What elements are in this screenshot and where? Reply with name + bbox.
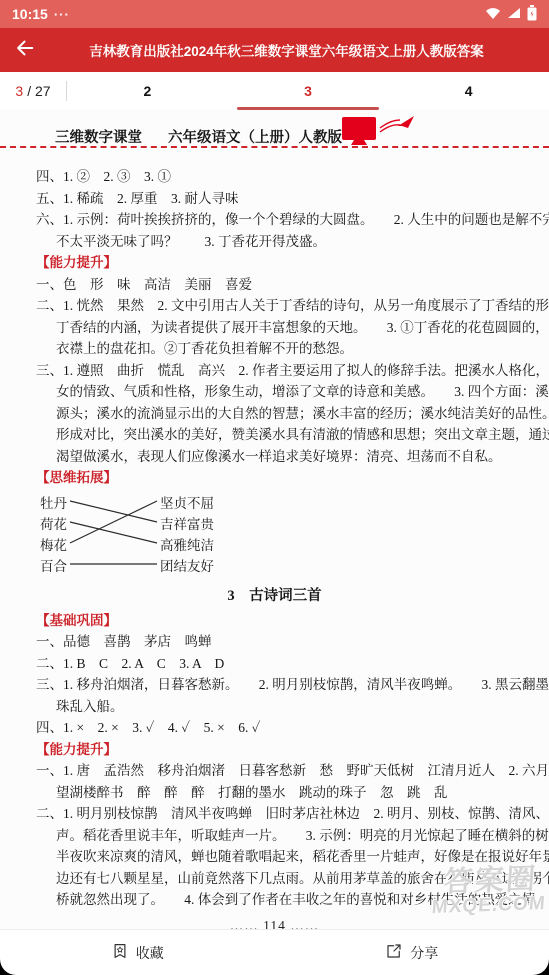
section-header: 【能力提升】 xyxy=(0,252,549,274)
answer-line: 二、1. 恍然 果然 2. 文中引用古人关于丁香结的诗句，从另一角度展示了丁香结… xyxy=(0,295,549,317)
diagram-left-label: 梅花 xyxy=(40,534,67,554)
watermark-line1: 答案圈 xyxy=(433,864,549,898)
wifi-icon xyxy=(485,6,501,22)
answer-line: 衣襟上的盘花扣。②丁香花负担着解不开的愁怨。 xyxy=(0,338,549,360)
answer-line: 源头；溪水的流淌显示出的大自然的智慧；溪水丰富的经历；溪水纯洁美好的品性。 4.… xyxy=(0,403,549,425)
diagram-right-label: 坚贞不屈 xyxy=(160,492,214,512)
tab-page-2[interactable]: 2 xyxy=(67,72,228,110)
share-label: 分享 xyxy=(410,943,438,963)
document-body: 四、1. ② 2. ③ 3. ①五、1. 稀疏 2. 厚重 3. 耐人寻味六、1… xyxy=(0,162,549,930)
answer-line: 六、1. 示例：荷叶挨挨挤挤的，像一个个碧绿的大圆盘。 2. 人生中的问题也是解… xyxy=(0,209,549,231)
answer-line: 五、1. 稀疏 2. 厚重 3. 耐人寻味 xyxy=(0,188,549,210)
device-corner-right xyxy=(533,959,549,975)
tab-page-4[interactable]: 4 xyxy=(388,72,549,110)
page-tab-bar: 3 / 27 234 xyxy=(0,72,549,111)
page-indicator: 3 / 27 xyxy=(0,72,66,110)
signal-icon xyxy=(507,6,521,22)
bookmark-star-icon xyxy=(111,942,129,963)
answer-line: 四、1. × 2. × 3. ✓ 4. ✓ 5. × 6. ✓ xyxy=(0,717,549,739)
dashed-divider xyxy=(0,146,549,148)
watermark-line2: MXQE.COM xyxy=(431,894,546,918)
answer-line: 一、1. 唐 孟浩然 移舟泊烟渚 日暮客愁新 愁 野旷天低树 江清月近人 2. … xyxy=(0,760,549,782)
bottom-bar: 收藏 分享 xyxy=(0,929,549,975)
answer-line: 珠乱入船。 xyxy=(0,696,549,718)
section-header: 【思维拓展】 xyxy=(0,467,549,489)
current-page: 3 xyxy=(15,83,23,99)
document-header: 三维数字课堂 六年级语文（上册）人教版 xyxy=(0,110,549,162)
device-corner-left xyxy=(0,959,16,975)
answer-line: 女的情致、气质和性格，形象生动，增添了文章的诗意和美感。 3. 四个方面：溪水无… xyxy=(0,381,549,403)
document-edition: 六年级语文（上册）人教版 xyxy=(168,126,342,147)
answer-line: 二、1. 明月别枝惊鹊 清风半夜鸣蝉 旧时茅店社林边 2. 明月、别枝、惊鹊、清… xyxy=(0,803,549,825)
matching-diagram: 牡丹荷花梅花百合坚贞不屈吉祥富贵高雅纯洁团结友好 xyxy=(40,492,549,580)
favorite-button[interactable]: 收藏 xyxy=(0,930,275,975)
diagram-right-label: 团结友好 xyxy=(160,555,214,575)
document-brand: 三维数字课堂 xyxy=(55,126,142,147)
lesson-title: 3 古诗词三首 xyxy=(0,583,549,610)
tab-page-3[interactable]: 3 xyxy=(228,72,389,110)
back-arrow-icon xyxy=(14,37,36,64)
share-button[interactable]: 分享 xyxy=(275,930,549,975)
answer-line: 一、品德 喜鹊 茅店 鸣蝉 xyxy=(0,631,549,653)
diagram-right-label: 吉祥富贵 xyxy=(160,513,214,533)
share-icon xyxy=(385,942,403,963)
app-screen: 10:15 ··· xyxy=(0,0,549,975)
answer-line: 二、1. B C 2. A C 3. A D xyxy=(0,653,549,675)
answer-line: 渴望做溪水，表现人们应像溪水一样追求美好境界：清亮、坦荡而不自私。 xyxy=(0,446,549,468)
answer-line: 三、1. 遵照 曲折 慌乱 高兴 2. 作者主要运用了拟人的修辞手法。把溪水人格… xyxy=(0,360,549,382)
page-title: 吉林教育出版社2024年秋三维数字课堂六年级语文上册人教版答案 xyxy=(42,40,541,60)
total-pages: / 27 xyxy=(27,83,50,99)
answer-line: 望湖楼醉书 醉 醉 醉 打翻的墨水 跳动的珠子 忽 跳 乱 xyxy=(0,782,549,804)
diagram-left-label: 荷花 xyxy=(40,513,67,533)
answer-line: 形成对比，突出溪水的美好，赞美溪水具有清澈的情感和思想；突出文章主题，通过“我”… xyxy=(0,424,549,446)
app-bar: 吉林教育出版社2024年秋三维数字课堂六年级语文上册人教版答案 xyxy=(0,28,549,72)
notification-dots: ··· xyxy=(54,7,70,22)
section-header: 【能力提升】 xyxy=(0,739,549,761)
clock: 10:15 xyxy=(12,6,48,22)
answer-line: 半夜吹来凉爽的清风，蝉也随着歌唱起来，稻花香里一片蛙声，好像是在报说好年景。远方… xyxy=(0,846,549,868)
answer-page-scroll[interactable]: 三维数字课堂 六年级语文（上册）人教版 四、1. ② 2. ③ 3. ①五、1.… xyxy=(0,110,549,930)
tab-list: 234 xyxy=(67,72,549,110)
favorite-label: 收藏 xyxy=(136,943,164,963)
diagram-right-label: 高雅纯洁 xyxy=(160,534,214,554)
diagram-left-label: 牡丹 xyxy=(40,492,67,512)
answer-line: 一、色 形 味 高洁 美丽 喜爱 xyxy=(0,274,549,296)
answer-line: 不太平淡无味了吗？ 3. 丁香花开得茂盛。 xyxy=(0,231,549,253)
answer-line: 声。稻花香里说丰年，听取蛙声一片。 3. 示例：明亮的月光惊起了睡在横斜的树枝上… xyxy=(0,825,549,847)
diagram-left-label: 百合 xyxy=(40,555,67,575)
watermark: 答案圈 MXQE.COM xyxy=(431,864,548,918)
status-bar: 10:15 ··· xyxy=(0,0,549,28)
battery-icon xyxy=(527,5,537,24)
answer-line: 丁香结的内涵，为读者提供了展开丰富想象的天地。 3. ①丁香花的花苞圆圆的，鼓鼓… xyxy=(0,317,549,339)
monitor-rocket-logo-icon xyxy=(336,114,418,153)
answer-line: 四、1. ② 2. ③ 3. ① xyxy=(0,166,549,188)
back-button[interactable] xyxy=(8,28,42,72)
section-header: 【基础巩固】 xyxy=(0,610,549,632)
answer-line: 三、1. 移舟泊烟渚，日暮客愁新。 2. 明月别枝惊鹊，清风半夜鸣蝉。 3. 黑… xyxy=(0,674,549,696)
